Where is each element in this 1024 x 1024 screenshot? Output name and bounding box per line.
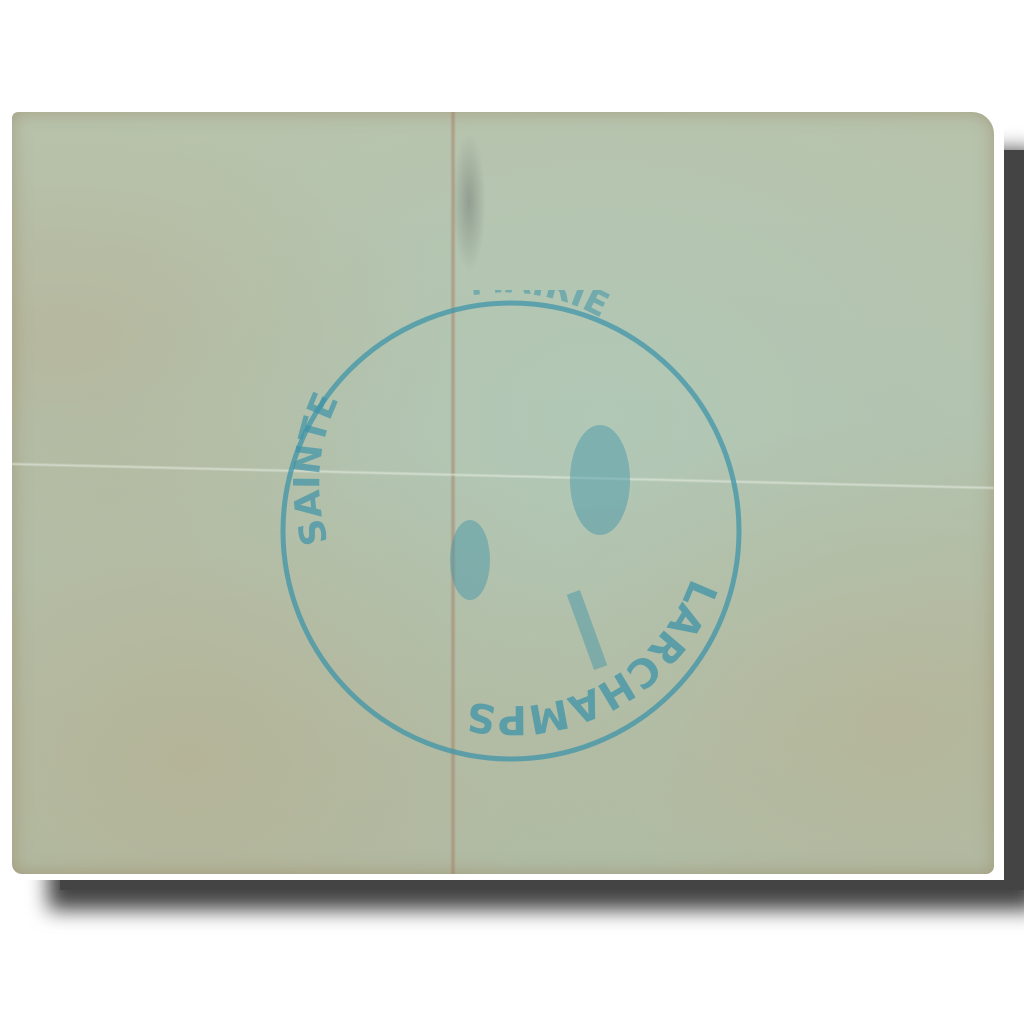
svg-text:MAIRIE: MAIRIE	[468, 290, 615, 326]
fold-stain	[452, 132, 486, 272]
stamp-side-text: SAINTE	[287, 387, 347, 550]
banknote: LARCHAMPS SAINTE MAIRIE	[12, 112, 994, 874]
svg-text:SAINTE: SAINTE	[287, 387, 347, 550]
stamp-emblem	[570, 425, 630, 535]
stamp-bottom-text: MAIRIE	[468, 290, 615, 326]
circular-stamp: LARCHAMPS SAINTE MAIRIE	[270, 290, 752, 772]
